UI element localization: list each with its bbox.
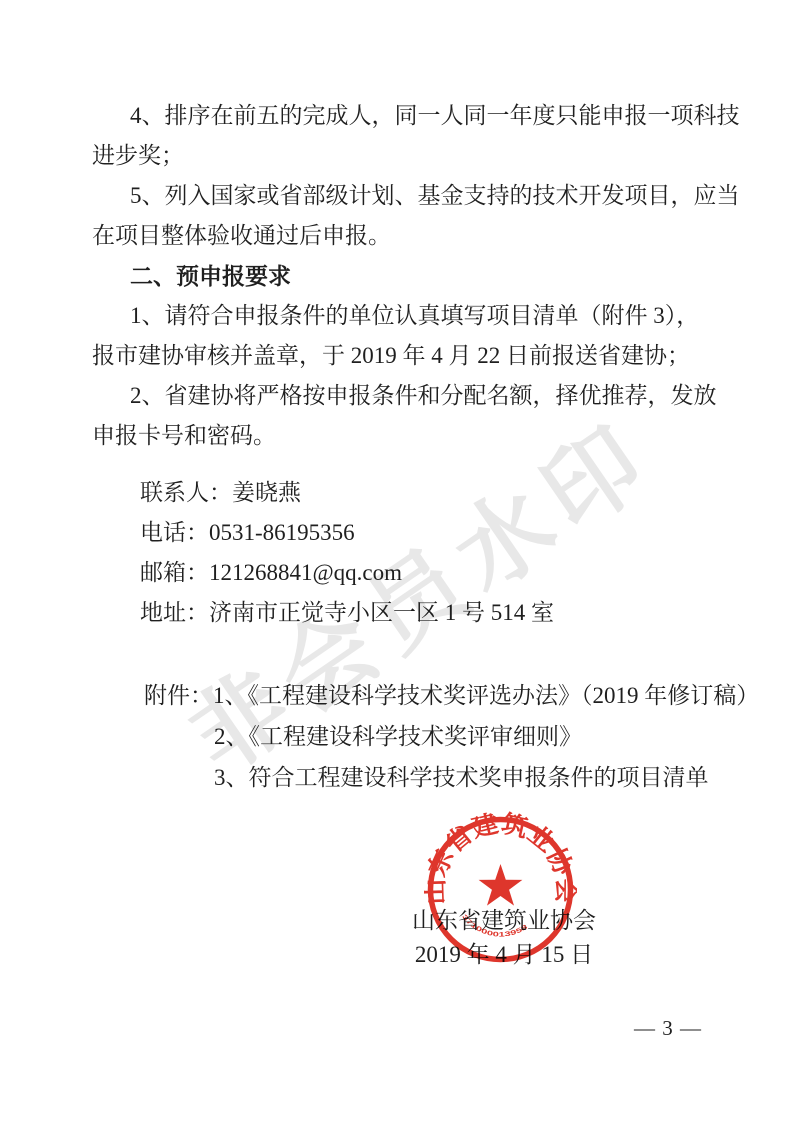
official-seal: 山东省建筑业协会 371000013958 [424,811,577,968]
contact-address-line: 地址：济南市正觉寺小区一区 1 号 514 室 [92,593,708,633]
seal-serial-number: 371000013958 [460,913,529,938]
body-line: 报市建协审核并盖章，于 2019 年 4 月 22 日前报送省建协； [92,336,708,376]
section-heading: 二、预申报要求 [92,256,708,296]
body-line: 4、排序在前五的完成人，同一人同一年度只能申报一项科技 [92,96,708,136]
body-line: 在项目整体验收通过后申报。 [92,216,708,256]
page-number: — 3 — [634,1016,702,1041]
document-page: 非会员水印 4、排序在前五的完成人，同一人同一年度只能申报一项科技 进步奖； 5… [0,0,793,1122]
contact-block: 联系人：姜晓燕 电话：0531-86195356 邮箱：121268841@qq… [92,473,708,633]
body-line: 5、列入国家或省部级计划、基金支持的技术开发项目，应当 [92,176,708,216]
body-line: 2、省建协将严格按申报条件和分配名额，择优推荐，发放 [92,376,708,416]
body-line: 申报卡号和密码。 [92,416,708,456]
attachment-item: 3、符合工程建设科学技术奖申报条件的项目清单 [92,757,772,798]
attachment-item: 附件：1、《工程建设科学技术奖评选办法》（2019 年修订稿） [92,675,772,716]
attachments-label: 附件： [144,683,213,708]
contact-email-line: 邮箱：121268841@qq.com [92,553,708,593]
attachments-block: 附件：1、《工程建设科学技术奖评选办法》（2019 年修订稿） 2、《工程建设科… [92,675,772,798]
attachment-item-text: 1、《工程建设科学技术奖评选办法》（2019 年修订稿） [213,683,759,708]
body-line: 进步奖； [92,136,708,176]
svg-text:371000013958: 371000013958 [460,913,529,938]
contact-person-line: 联系人：姜晓燕 [92,473,708,513]
body-text-block: 4、排序在前五的完成人，同一人同一年度只能申报一项科技 进步奖； 5、列入国家或… [92,96,708,456]
seal-star-icon [479,864,523,906]
contact-phone-line: 电话：0531-86195356 [92,513,708,553]
attachment-item: 2、《工程建设科学技术奖评审细则》 [92,716,772,757]
body-line: 1、请符合申报条件的单位认真填写项目清单（附件 3）， [92,296,708,336]
